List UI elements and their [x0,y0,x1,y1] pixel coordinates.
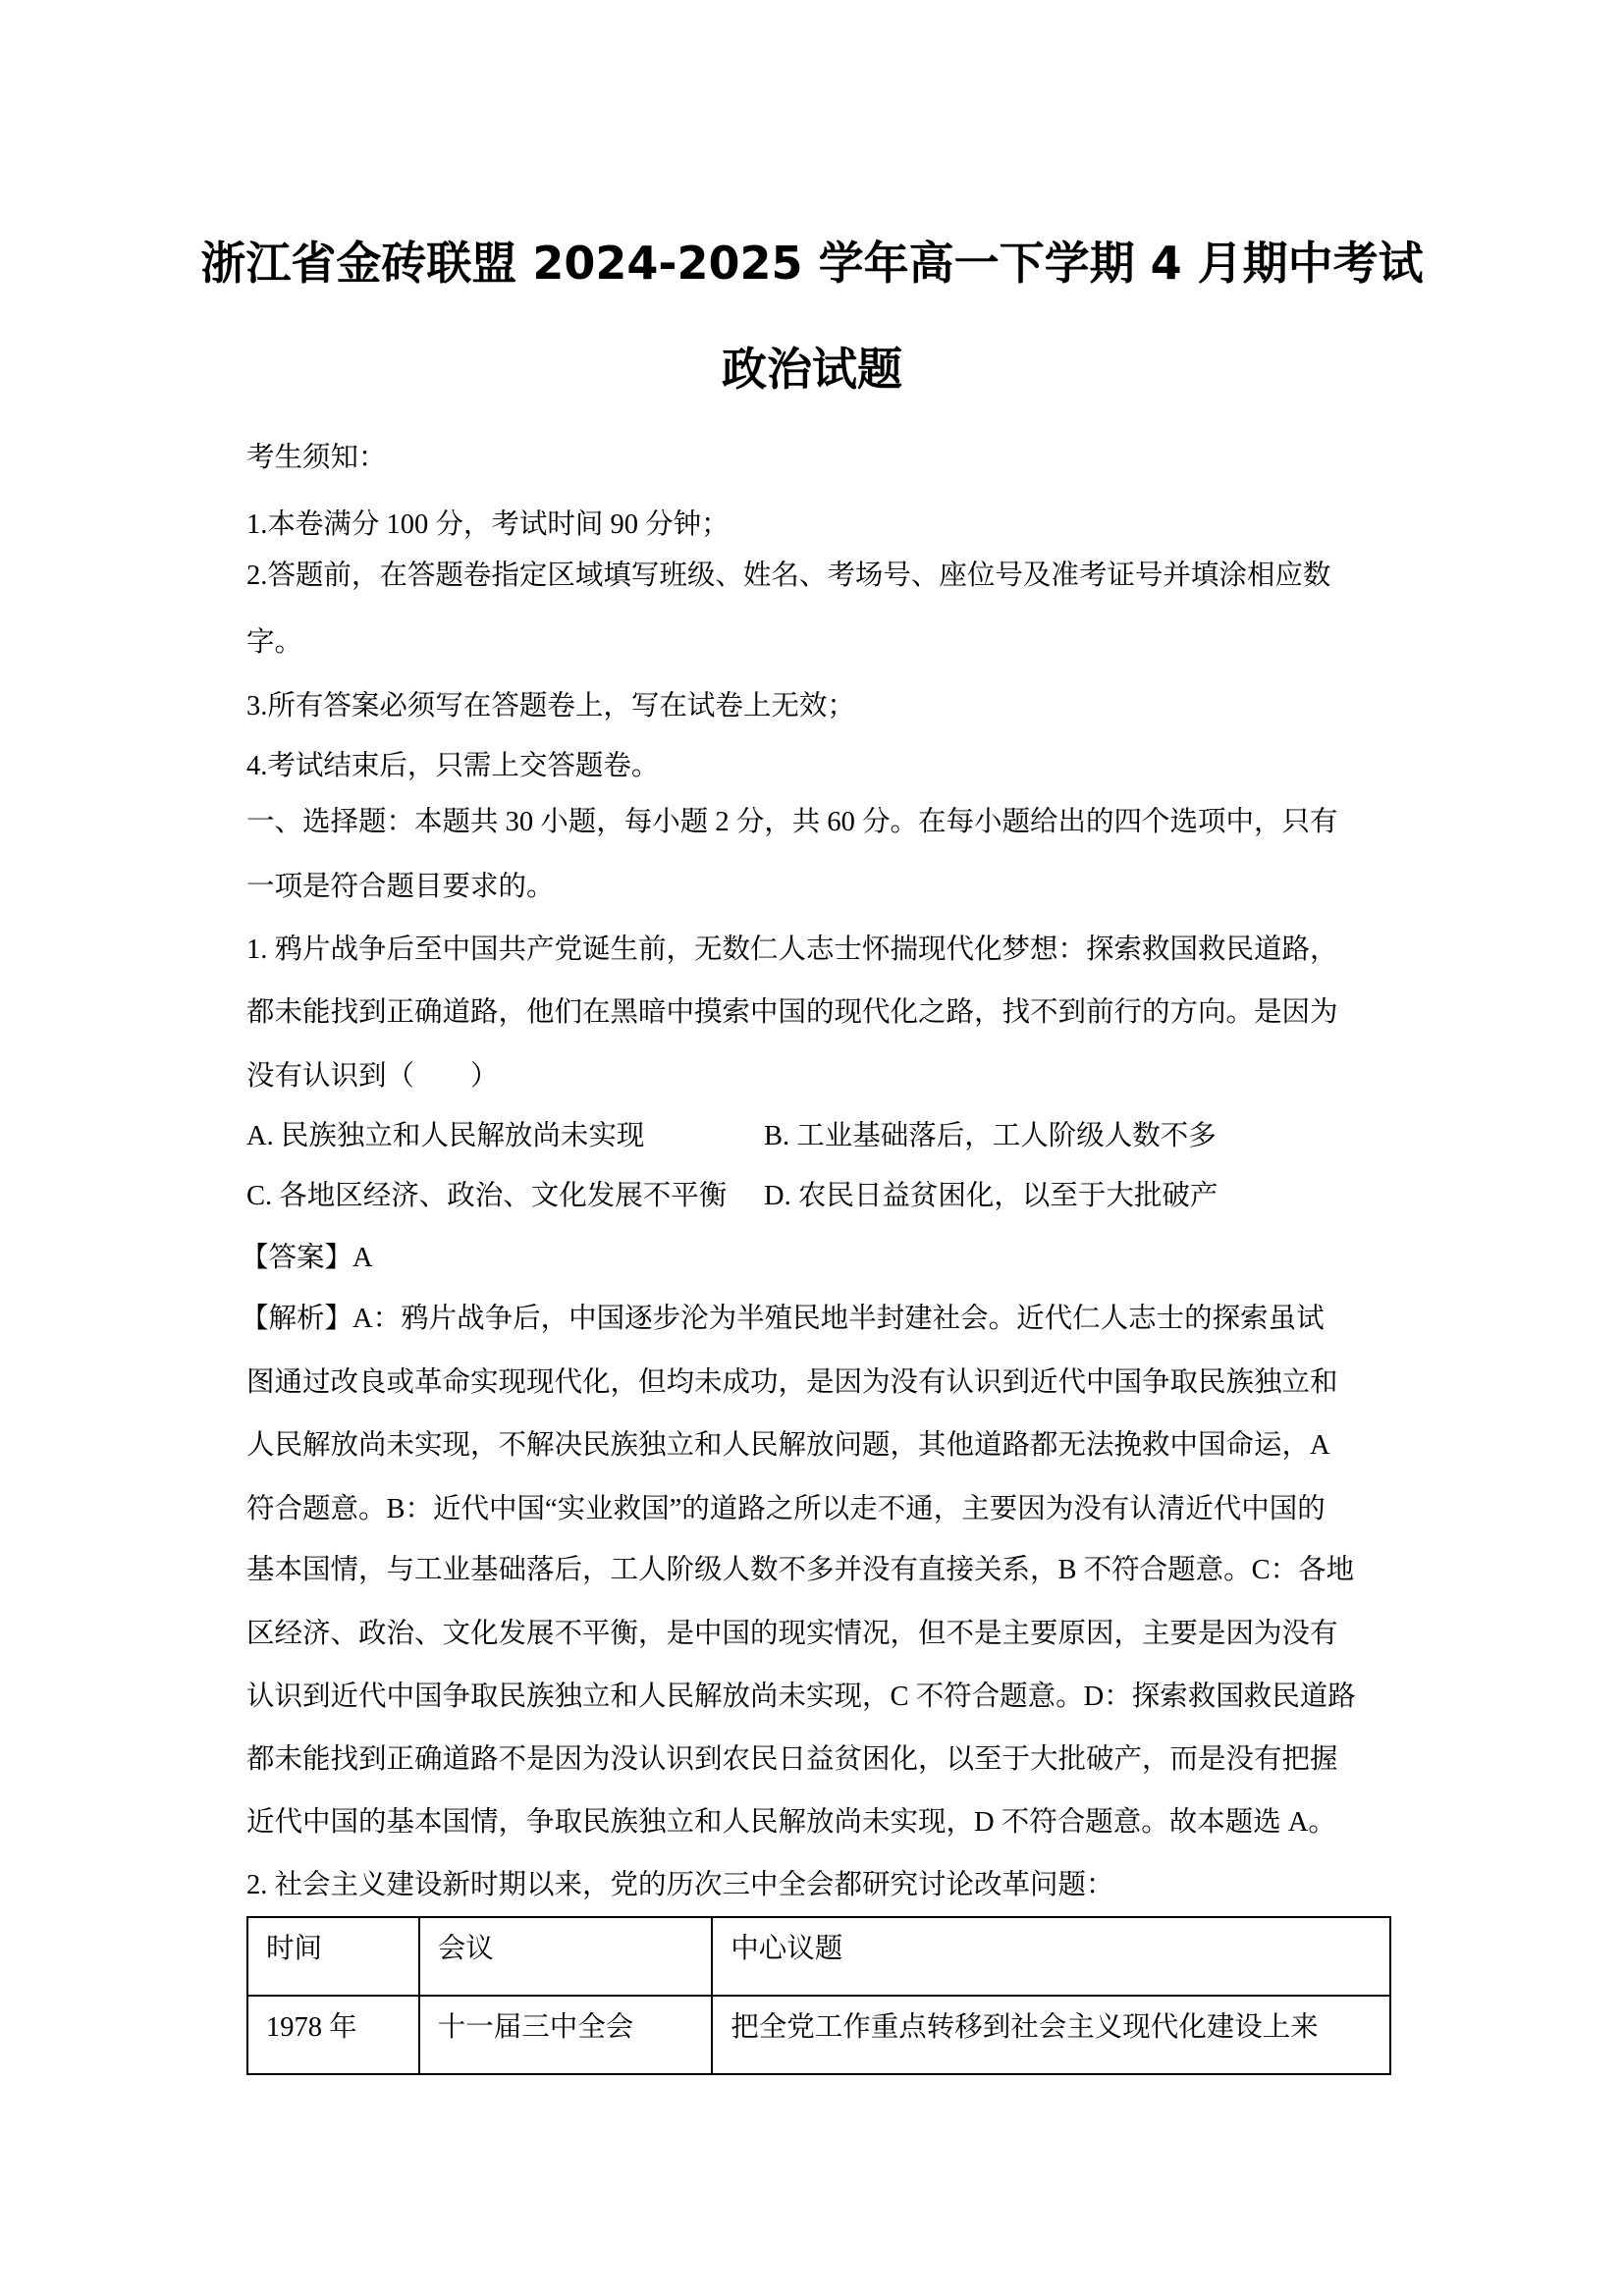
instruction-item: 2.答题前，在答题卷指定区域填写班级、姓名、考场号、座位号及准考证号并填涂相应数 [246,557,1395,596]
analysis-line: 基本国情，与工业基础落后，工人阶级人数不多并没有直接关系，B 不符合题意。C：各… [246,1551,1395,1590]
option-b: B. 工业基础落后，工人阶级人数不多 [764,1117,1217,1156]
option-a: A. 民族独立和人民解放尚未实现 [246,1117,644,1156]
reform-plenum-table: 时间 会议 中心议题 1978 年 十一届三中全会 把全党工作重点转移到社会主义… [246,1916,1391,2075]
analysis-line: 认识到近代中国争取民族独立和人民解放尚未实现，C 不符合题意。D：探索救国救民道… [246,1678,1395,1717]
question-stem-line: 没有认识到（ ） [246,1057,1395,1096]
table-header-cell: 中心议题 [712,1917,1390,1996]
instruction-item: 字。 [246,623,1395,663]
question-stem-line: 都未能找到正确道路，他们在黑暗中摸索中国的现代化之路，找不到前行的方向。是因为 [246,993,1395,1033]
instruction-item: 3.所有答案必须写在答题卷上，写在试卷上无效； [246,687,1395,726]
section-heading-line: 一、选择题：本题共 30 小题，每小题 2 分，共 60 分。在每小题给出的四个… [246,803,1395,842]
exam-title: 浙江省金砖联盟 2024-2025 学年高一下学期 4 月期中考试 [0,234,1624,293]
table-cell: 1978 年 [247,1996,419,2074]
instruction-item: 1.本卷满分 100 分，考试时间 90 分钟； [246,506,1395,545]
option-d: D. 农民日益贫困化，以至于大批破产 [764,1177,1218,1216]
table-header-cell: 会议 [419,1917,712,1996]
answer: 【答案】A [241,1239,1389,1278]
analysis-line: 符合题意。B：近代中国“实业救国”的道路之所以走不通，主要因为没有认清近代中国的 [246,1490,1395,1529]
options-row: A. 民族独立和人民解放尚未实现 B. 工业基础落后，工人阶级人数不多 [246,1117,1395,1156]
section-heading-line: 一项是符合题目要求的。 [246,868,1395,907]
table-header-cell: 时间 [247,1917,419,1996]
analysis-line: 人民解放尚未实现，不解决民族独立和人民解放问题，其他道路都无法挽救中国命运，A [246,1426,1395,1466]
analysis-line: 图通过改良或革命实现现代化，但均未成功，是因为没有认识到近代中国争取民族独立和 [246,1363,1395,1403]
table-header-row: 时间 会议 中心议题 [247,1917,1390,1996]
options-row: C. 各地区经济、政治、文化发展不平衡 D. 农民日益贫困化，以至于大批破产 [246,1177,1395,1216]
instructions-heading: 考生须知： [246,439,1395,478]
analysis-line: 区经济、政治、文化发展不平衡，是中国的现实情况，但不是主要原因，主要是因为没有 [246,1615,1395,1654]
question-stem-line: 1. 鸦片战争后至中国共产党诞生前，无数仁人志士怀揣现代化梦想：探索救国救民道路… [246,931,1395,970]
exam-subject-title: 政治试题 [0,340,1624,399]
analysis-line: 都未能找到正确道路不是因为没认识到农民日益贫困化，以至于大批破产，而是没有把握 [246,1740,1395,1780]
option-c: C. 各地区经济、政治、文化发展不平衡 [246,1177,727,1216]
table-row: 1978 年 十一届三中全会 把全党工作重点转移到社会主义现代化建设上来 [247,1996,1390,2074]
analysis-line: 【解析】A：鸦片战争后，中国逐步沦为半殖民地半封建社会。近代仁人志士的探索虽试 [241,1300,1389,1339]
exam-page: 浙江省金砖联盟 2024-2025 学年高一下学期 4 月期中考试 政治试题 考… [0,0,1624,2296]
table-cell: 把全党工作重点转移到社会主义现代化建设上来 [712,1996,1390,2074]
table-cell: 十一届三中全会 [419,1996,712,2074]
question-stem-line: 2. 社会主义建设新时期以来，党的历次三中全会都研究讨论改革问题： [246,1866,1395,1905]
analysis-line: 近代中国的基本国情，争取民族独立和人民解放尚未实现，D 不符合题意。故本题选 A… [246,1803,1395,1842]
instruction-item: 4.考试结束后，只需上交答题卷。 [246,747,1395,786]
